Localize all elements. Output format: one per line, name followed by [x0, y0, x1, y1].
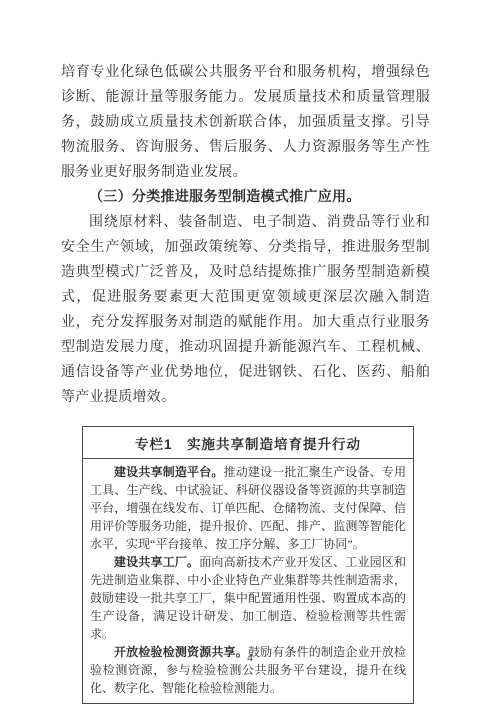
panel-item-shared-platform: 建设共享制造平台。推动建设一批汇聚生产设备、专用工具、生产线、中试验证、科研仪器…: [90, 463, 406, 553]
column-box-title: 专栏1 实施共享制造培育提升行动: [83, 427, 413, 459]
document-page: 培育专业化绿色低碳公共服务平台和服务机构，增强绿色诊断、能源计量等服务能力。发展…: [0, 0, 500, 707]
section-heading: （三）分类推进服务型制造模式推广应用。: [61, 185, 430, 210]
panel-item-lead: 建设共享工厂。: [114, 555, 199, 569]
panel-item-lead: 建设共享制造平台。: [114, 465, 224, 479]
column-box-body: 建设共享制造平台。推动建设一批汇聚生产设备、专用工具、生产线、中试验证、科研仪器…: [83, 459, 413, 703]
text-block: 培育专业化绿色低碳公共服务平台和服务机构，增强绿色诊断、能源计量等服务能力。发展…: [61, 60, 430, 704]
panel-item-shared-factory: 建设共享工厂。面向高新技术产业开发区、工业园区和先进制造业集群、中小企业特色产业…: [90, 553, 406, 643]
paragraph-continuation: 培育专业化绿色低碳公共服务平台和服务机构，增强绿色诊断、能源计量等服务能力。发展…: [61, 60, 430, 185]
section-paragraph: 围绕原材料、装备制造、电子制造、消费品等行业和安全生产领域，加强政策统筹、分类指…: [61, 210, 430, 410]
page-number: 4: [0, 652, 500, 664]
